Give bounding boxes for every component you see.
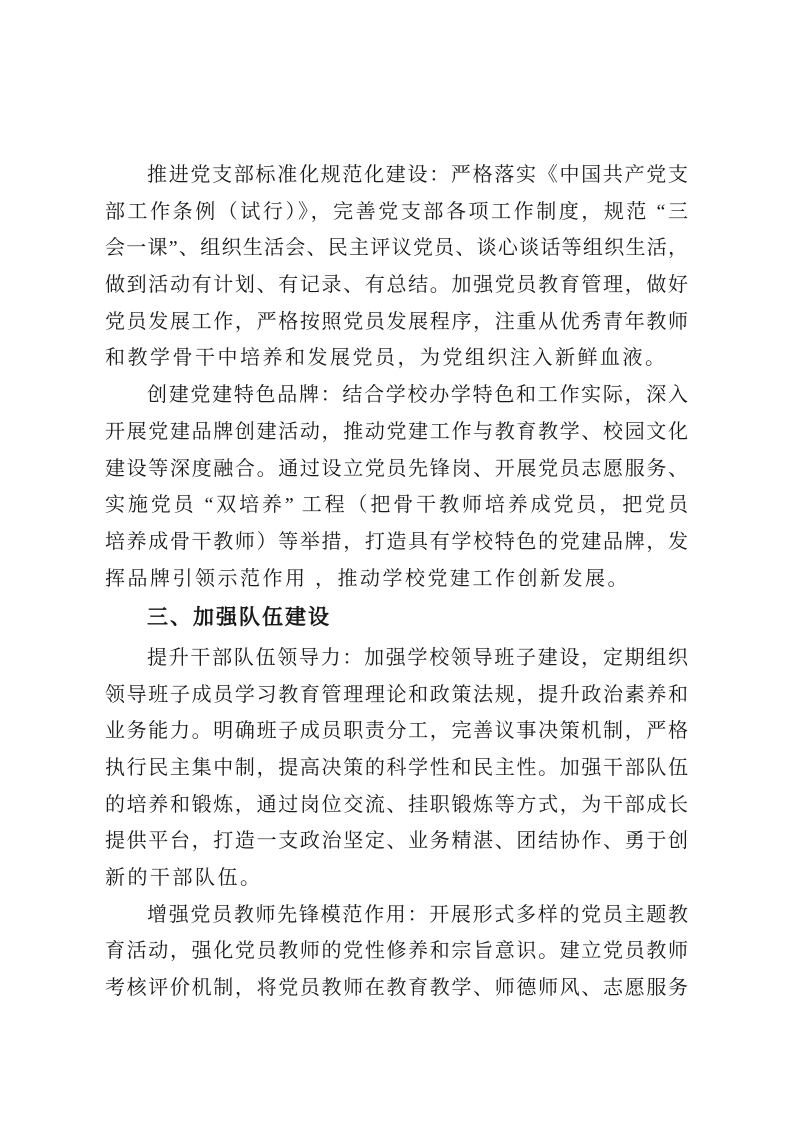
- text-line: 培养成骨干教师）等举措，打造具有学校特色的党建品牌，发: [105, 524, 688, 561]
- text-line: 开展党建品牌创建活动，推动党建工作与教育教学、校园文化: [105, 414, 688, 451]
- paragraph: 推进党支部标准化规范化建设：严格落实《中国共产党支部工作条例（试行）》，完善党支…: [105, 157, 688, 377]
- text-line: 执行民主集中制，提高决策的科学性和民主性。加强干部队伍: [105, 750, 688, 787]
- text-line: 领导班子成员学习教育管理理论和政策法规，提升政治素养和: [105, 677, 688, 714]
- paragraph: 提升干部队伍领导力：加强学校领导班子建设，定期组织领导班子成员学习教育管理理论和…: [105, 640, 688, 897]
- text-line: 部工作条例（试行）》，完善党支部各项工作制度，规范 “三: [105, 194, 688, 231]
- text-line: 增强党员教师先锋模范作用：开展形式多样的党员主题教: [105, 897, 688, 934]
- text-line: 挥品牌引领示范作用 ，推动学校党建工作创新发展。: [105, 561, 688, 598]
- paragraph: 创建党建特色品牌：结合学校办学特色和工作实际，深入开展党建品牌创建活动，推动党建…: [105, 377, 688, 597]
- text-line: 党员发展工作，严格按照党员发展程序，注重从优秀青年教师: [105, 304, 688, 341]
- text-line: 提供平台，打造一支政治坚定、业务精湛、团结协作、勇于创: [105, 823, 688, 860]
- text-line: 的培养和锻炼，通过岗位交流、挂职锻炼等方式，为干部成长: [105, 787, 688, 824]
- text-line: 提升干部队伍领导力：加强学校领导班子建设，定期组织: [105, 640, 688, 677]
- document-page: 推进党支部标准化规范化建设：严格落实《中国共产党支部工作条例（试行）》，完善党支…: [0, 0, 793, 1122]
- text-line: 业务能力。明确班子成员职责分工，完善议事决策机制，严格: [105, 713, 688, 750]
- text-line: 新的干部队伍。: [105, 860, 688, 897]
- text-line: 推进党支部标准化规范化建设：严格落实《中国共产党支: [105, 157, 688, 194]
- section-heading: 三、加强队伍建设: [105, 599, 688, 636]
- text-line: 做到活动有计划、有记录、有总结。加强党员教育管理，做好: [105, 267, 688, 304]
- paragraph: 增强党员教师先锋模范作用：开展形式多样的党员主题教育活动，强化党员教师的党性修养…: [105, 897, 688, 1007]
- text-line: 和教学骨干中培养和发展党员，为党组织注入新鲜血液。: [105, 340, 688, 377]
- text-line: 考核评价机制，将党员教师在教育教学、师德师风、志愿服务: [105, 970, 688, 1007]
- text-line: 育活动，强化党员教师的党性修养和宗旨意识。建立党员教师: [105, 933, 688, 970]
- text-line: 实施党员 “双培养” 工程（把骨干教师培养成党员，把党员: [105, 487, 688, 524]
- document-body: 推进党支部标准化规范化建设：严格落实《中国共产党支部工作条例（试行）》，完善党支…: [105, 157, 688, 1007]
- text-line: 建设等深度融合。通过设立党员先锋岗、开展党员志愿服务、: [105, 451, 688, 488]
- text-line: 会一课”、组织生活会、民主评议党员、谈心谈话等组织生活，: [105, 230, 688, 267]
- text-line: 创建党建特色品牌：结合学校办学特色和工作实际，深入: [105, 377, 688, 414]
